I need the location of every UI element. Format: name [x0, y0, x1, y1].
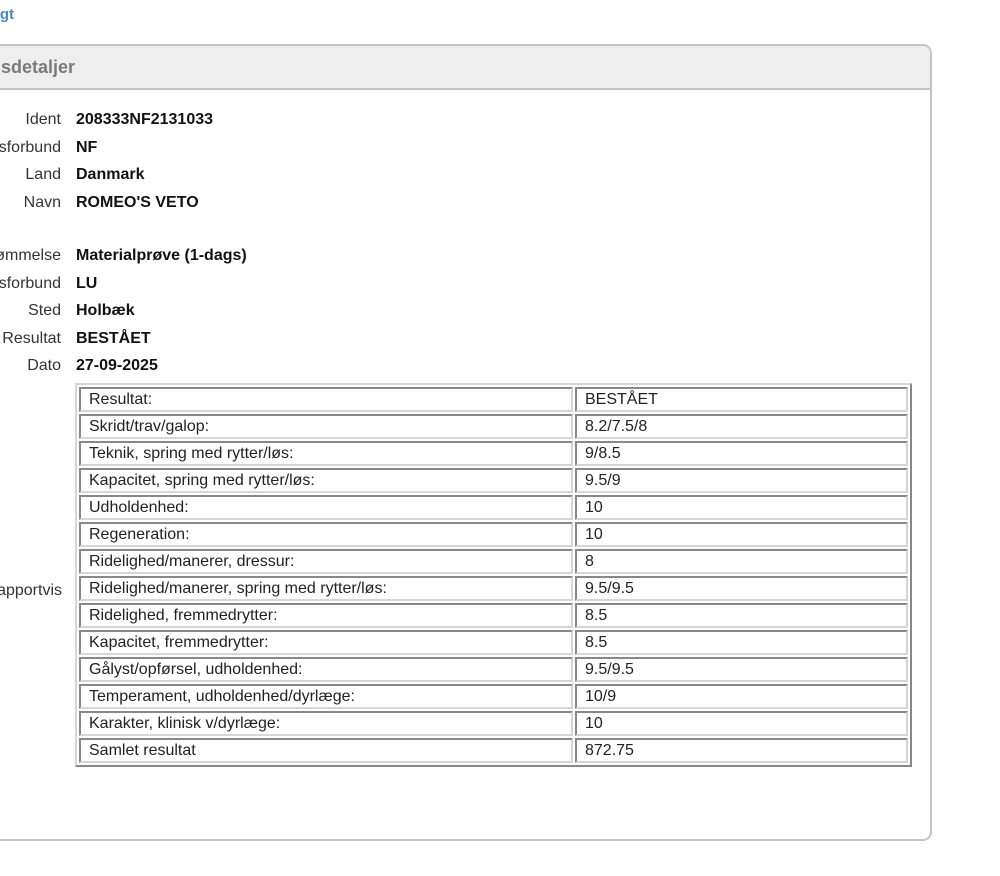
table-row: Kapacitet, spring med rytter/løs:9.5/9: [79, 468, 908, 493]
results-table: Resultat:BESTÅETSkridt/trav/galop:8.2/7.…: [75, 383, 912, 767]
row-value: 10: [575, 522, 908, 547]
panel-header: Prøvningsdetaljer: [0, 46, 930, 90]
detail-value: 27-09-2025: [76, 357, 158, 375]
row-key: Skridt/trav/galop:: [79, 414, 573, 439]
row-key: Regeneration:: [79, 522, 573, 547]
table-row: Ridelighed/manerer, spring med rytter/lø…: [79, 576, 908, 601]
table-row: Resultat:BESTÅET: [79, 387, 908, 412]
row-key: Karakter, klinisk v/dyrlæge:: [79, 711, 573, 736]
row-value: 10: [575, 495, 908, 520]
panel-title: Prøvningsdetaljer: [0, 57, 75, 78]
row-key: Samlet resultat: [79, 738, 573, 763]
detail-label: Bedømmelse: [0, 247, 61, 265]
row-value: 8.5: [575, 630, 908, 655]
row-key: Ridelighed/manerer, dressur:: [79, 549, 573, 574]
row-value: 10: [575, 711, 908, 736]
row-value: 8.5: [575, 603, 908, 628]
table-row: Ridelighed/manerer, dressur:8: [79, 549, 908, 574]
detail-value: BESTÅET: [76, 330, 151, 348]
row-key: Kapacitet, fremmedrytter:: [79, 630, 573, 655]
row-key: Resultat:: [79, 387, 573, 412]
table-row: Teknik, spring med rytter/løs:9/8.5: [79, 441, 908, 466]
detail-value: Materialprøve (1-dags): [76, 247, 247, 265]
table-row: Samlet resultat872.75: [79, 738, 908, 763]
detail-value: Danmark: [76, 166, 144, 184]
row-value: 8: [575, 549, 908, 574]
back-link[interactable]: Tilbage til oversigt: [0, 6, 14, 23]
table-row: Ridelighed, fremmedrytter:8.5: [79, 603, 908, 628]
detail-value: ROMEO'S VETO: [76, 194, 199, 212]
detail-value: NF: [76, 139, 97, 157]
row-value: 872.75: [575, 738, 908, 763]
row-value: BESTÅET: [575, 387, 908, 412]
detail-label: Ident: [25, 111, 61, 129]
detail-label: Land: [25, 166, 61, 184]
row-key: Ridelighed/manerer, spring med rytter/lø…: [79, 576, 573, 601]
detail-value: 208333NF2131033: [76, 111, 213, 129]
detail-label: Resultat: [2, 330, 61, 348]
row-value: 9.5/9: [575, 468, 908, 493]
detail-label: Stambogsforbund: [0, 275, 61, 293]
row-key: Teknik, spring med rytter/løs:: [79, 441, 573, 466]
row-value: 10/9: [575, 684, 908, 709]
detail-label: Navn: [24, 194, 61, 212]
table-row: Regeneration:10: [79, 522, 908, 547]
row-value: 9.5/9.5: [575, 576, 908, 601]
row-key: Kapacitet, spring med rytter/løs:: [79, 468, 573, 493]
row-key: Temperament, udholdenhed/dyrlæge:: [79, 684, 573, 709]
table-row: Kapacitet, fremmedrytter:8.5: [79, 630, 908, 655]
row-value: 9/8.5: [575, 441, 908, 466]
table-row: Karakter, klinisk v/dyrlæge:10: [79, 711, 908, 736]
table-row: Temperament, udholdenhed/dyrlæge:10/9: [79, 684, 908, 709]
detail-label: Sted: [28, 302, 61, 320]
report-label: Rapportvis: [0, 582, 62, 600]
row-value: 9.5/9.5: [575, 657, 908, 682]
row-key: Ridelighed, fremmedrytter:: [79, 603, 573, 628]
table-row: Udholdenhed:10: [79, 495, 908, 520]
detail-label: Stambogsforbund: [0, 139, 61, 157]
detail-label: Dato: [27, 357, 61, 375]
detail-value: Holbæk: [76, 302, 135, 320]
table-row: Gålyst/opførsel, udholdenhed:9.5/9.5: [79, 657, 908, 682]
detail-value: LU: [76, 275, 97, 293]
table-row: Skridt/trav/galop:8.2/7.5/8: [79, 414, 908, 439]
row-value: 8.2/7.5/8: [575, 414, 908, 439]
row-key: Gålyst/opførsel, udholdenhed:: [79, 657, 573, 682]
row-key: Udholdenhed:: [79, 495, 573, 520]
